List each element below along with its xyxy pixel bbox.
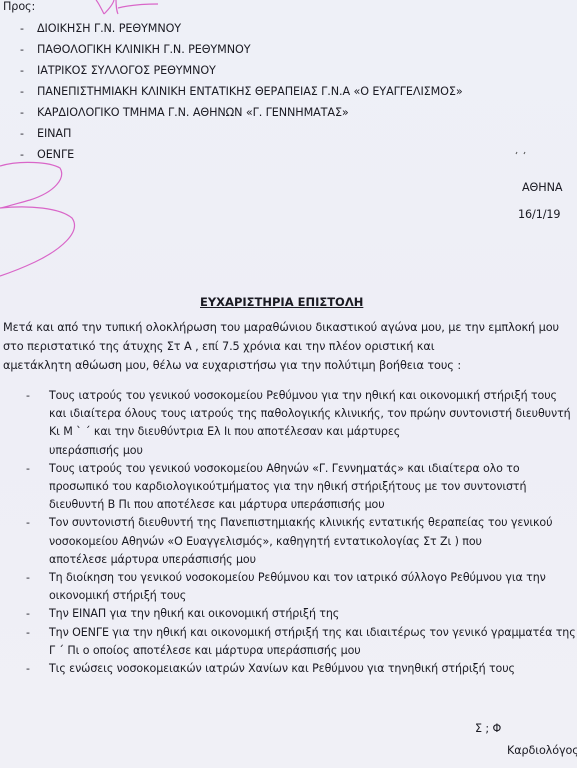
- bullet-dash: -: [20, 43, 24, 57]
- thanks-item-line: και ιδιαίτερα όλους τους ιατρούς της παθ…: [49, 407, 571, 421]
- signature-name: Σ ; Φ: [475, 722, 501, 736]
- thanks-item-line: Την ΕΙΝΑΠ για την ηθική και οικονομική σ…: [49, 607, 339, 621]
- intro-line: στο περιστατικό της άτυχης Στ Α , επί 7.…: [3, 340, 434, 354]
- thanks-item-line: Τις ενώσεις νοσοκομειακών ιατρών Χανίων …: [49, 662, 515, 676]
- intro-line: αμετάκλητη αθώωση μου, θέλω να ευχαριστή…: [3, 359, 461, 373]
- intro-line: Μετά και από την τυπική ολοκλήρωση του μ…: [3, 321, 559, 335]
- bullet-dash: -: [26, 662, 30, 676]
- recipient-item: ΕΙΝΑΠ: [37, 127, 71, 141]
- bullet-dash: -: [26, 516, 30, 530]
- letter-title: ΕΥΧΑΡΙΣΤΗΡΙΑ ΕΠΙΣΤΟΛΗ: [200, 295, 363, 309]
- recipient-item: ΠΑΝΕΠΙΣΤΗΜΙΑΚΗ ΚΛΙΝΙΚΗ ΕΝΤΑΤΙΚΗΣ ΘΕΡΑΠΕΙ…: [37, 85, 463, 99]
- bullet-dash: -: [26, 626, 30, 640]
- recipient-item: ΠΑΘΟΛΟΓΙΚΗ ΚΛΙΝΙΚΗ Γ.Ν. ΡΕΘΥΜΝΟΥ: [37, 43, 250, 57]
- thanks-item-line: Γ ΄ Πι ο οποίος αποτέλεσε και μάρτυρα υπ…: [49, 644, 361, 658]
- recipient-item: ΔΙΟΙΚΗΣΗ Γ.Ν. ΡΕΘΥΜΝΟΥ: [37, 22, 181, 36]
- signature-role: Καρδιολόγος: [507, 744, 577, 758]
- bullet-dash: -: [26, 389, 30, 403]
- bullet-dash: -: [20, 148, 24, 162]
- recipient-item: ΟΕΝΓΕ: [37, 148, 74, 162]
- bullet-dash: -: [26, 607, 30, 621]
- pen-scribble-left: [0, 162, 74, 276]
- bullet-dash: -: [20, 127, 24, 141]
- recipient-item: ΚΑΡΔΙΟΛΟΓΙΚΟ ΤΜΗΜΑ Γ.Ν. ΑΘΗΝΩΝ «Γ. ΓΕΝΝΗ…: [37, 106, 349, 120]
- scanned-letter-page: Προς: -ΔΙΟΙΚΗΣΗ Γ.Ν. ΡΕΘΥΜΝΟΥ-ΠΑΘΟΛΟΓΙΚΗ…: [0, 0, 577, 768]
- thanks-item-line: Την ΟΕΝΓΕ για την ηθική και οικονομική σ…: [49, 626, 576, 640]
- thanks-item-line: Τον συντονιστή διευθυντή της Πανεπιστημι…: [49, 516, 552, 530]
- pen-scribble-top: [96, 0, 158, 14]
- bullet-dash: -: [26, 462, 30, 476]
- bullet-dash: -: [20, 85, 24, 99]
- to-label: Προς:: [3, 0, 35, 14]
- thanks-item-line: οικονομική στήριξή τους: [49, 589, 186, 603]
- thanks-item-line: διευθυντή Β Πι που αποτέλεσε και μάρτυρα…: [49, 498, 385, 512]
- thanks-item-line: νοσοκομείου Αθηνών «Ο Ευαγγελισμός», καθ…: [49, 535, 482, 549]
- city: ΑΘΗΝΑ: [522, 181, 562, 195]
- thanks-item-line: προσωπικό του καρδιολογικούτμήματος για …: [49, 480, 526, 494]
- thanks-item-line: αποτέλεσε μάρτυρα υπεράσπισής μου: [49, 553, 256, 567]
- thanks-item-line: Τους ιατρούς του γενικού νοσοκομείου Αθη…: [49, 462, 520, 476]
- bullet-dash: -: [20, 106, 24, 120]
- thanks-item-line: Τους ιατρούς του γενικού νοσοκομείου Ρεθ…: [49, 389, 557, 403]
- bullet-dash: -: [20, 64, 24, 78]
- scan-specks: [516, 152, 525, 154]
- thanks-item-line: Τη διοίκηση του γενικού νοσοκομείου Ρεθύ…: [49, 571, 546, 585]
- date: 16/1/19: [518, 208, 560, 222]
- bullet-dash: -: [26, 571, 30, 585]
- thanks-item-line: υπεράσπισής μου: [49, 444, 143, 458]
- thanks-item-line: Κι Μ ` ΄ και την διευθύντρια Ελ Ιι που α…: [49, 425, 400, 439]
- bullet-dash: -: [20, 22, 24, 36]
- recipient-item: ΙΑΤΡΙΚΟΣ ΣΥΛΛΟΓΟΣ ΡΕΘΥΜΝΟΥ: [37, 64, 216, 78]
